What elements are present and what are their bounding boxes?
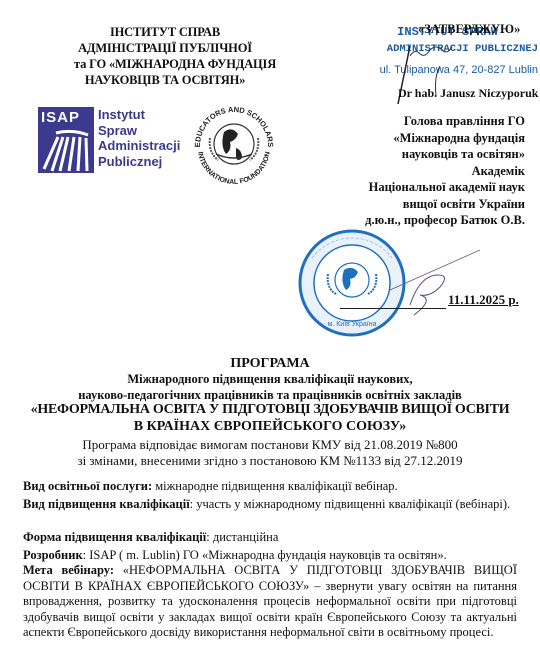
field-qualification-form: Форма підвищення кваліфікації: дистанцій… [23, 529, 517, 545]
field-webinar-goal: Мета вебінару: «НЕФОРМАЛЬНА ОСВІТА У ПІД… [23, 563, 517, 641]
field-qualification-type: Вид підвищення кваліфікації: участь у мі… [23, 496, 517, 512]
field-label: Розробник [23, 548, 83, 562]
field-value: міжнародне підвищення кваліфікації вебін… [152, 479, 398, 493]
field-value: : ISAP ( m. Lublin) ГО «Міжнародна фунда… [83, 548, 447, 562]
program-subtitle: науково-педагогічних працівників та прац… [0, 388, 540, 403]
field-label: Мета вебінару: [23, 563, 114, 577]
header-line: НАУКОВЦІВ ТА ОСВІТЯН» [60, 72, 270, 88]
program-topic: «НЕФОРМАЛЬНА ОСВІТА У ПІДГОТОВЦІ ЗДОБУВА… [0, 402, 540, 418]
isap-name-line: Publicznej [98, 154, 180, 170]
header-line: ІНСТИТУТ СПРАВ [60, 24, 270, 40]
title-line: Голова правління ГО [320, 113, 525, 130]
field-label: Форма підвищення кваліфікації [23, 530, 206, 544]
program-compliance: Програма відповідає вимогам постанови КМ… [0, 437, 540, 453]
title-line: науковців та освітян» [320, 146, 525, 163]
field-label: Вид підвищення кваліфікації [23, 497, 190, 511]
program-topic: В КРАЇНАХ ЄВРОПЕЙСЬКОГО СОЮЗУ» [0, 419, 540, 435]
svg-text:м. Київ Україна: м. Київ Україна [328, 321, 377, 328]
signer-titles: Голова правління ГО «Міжнародна фундація… [320, 113, 525, 229]
isap-logo-box: ISAP [38, 107, 94, 173]
signature-icon [390, 250, 490, 320]
date-underline [340, 308, 446, 309]
header-line: та ГО «МІЖНАРОДНА ФУНДАЦІЯ [60, 56, 270, 72]
isap-name-line: Instytut [98, 107, 180, 123]
field-value: : участь у міжнародному підвищенні квалі… [190, 497, 510, 511]
institution-header: ІНСТИТУТ СПРАВ АДМІНІСТРАЦІЇ ПУБЛІЧНОЇ т… [60, 24, 270, 88]
field-label: Вид освітньої послуги: [23, 479, 152, 493]
signer-name: Dr hab. Janusz Niczyporuk [398, 86, 538, 101]
title-line: д.ю.н., професор Батюк О.В. [320, 212, 525, 229]
title-line: «Міжнародна фундація [320, 130, 525, 147]
isap-name: Instytut Spraw Administracji Publicznej [98, 107, 180, 169]
title-line: вищої освіти України [320, 196, 525, 213]
isap-name-line: Spraw [98, 123, 180, 139]
field-developer: Розробник: ISAP ( m. Lublin) ГО «Міжнаро… [23, 547, 517, 563]
approval-date: 11.11.2025 р. [448, 292, 519, 308]
title-line: Академік [320, 163, 525, 180]
isap-name-line: Administracji [98, 138, 180, 154]
isap-rays-icon [38, 127, 94, 173]
field-service-type: Вид освітньої послуги: міжнародне підвищ… [23, 478, 517, 494]
title-line: Національної академії наук [320, 179, 525, 196]
program-heading: ПРОГРАМА [0, 356, 540, 372]
header-line: АДМІНІСТРАЦІЇ ПУБЛІЧНОЇ [60, 40, 270, 56]
field-value: : дистанційна [206, 530, 278, 544]
foundation-logo-icon: EDUCATORS AND SCHOLARS INTERNATIONAL FOU… [188, 98, 280, 190]
isap-logo: ISAP Instytut Spraw Administracji Public… [38, 107, 188, 173]
program-compliance: зі змінами, внесеними згідно з постаново… [0, 453, 540, 469]
isap-acronym: ISAP [41, 109, 80, 126]
program-subtitle: Міжнародного підвищення кваліфікації нау… [0, 372, 540, 387]
approval-label: «ЗАТВЕРДЖУЮ» [418, 22, 520, 37]
